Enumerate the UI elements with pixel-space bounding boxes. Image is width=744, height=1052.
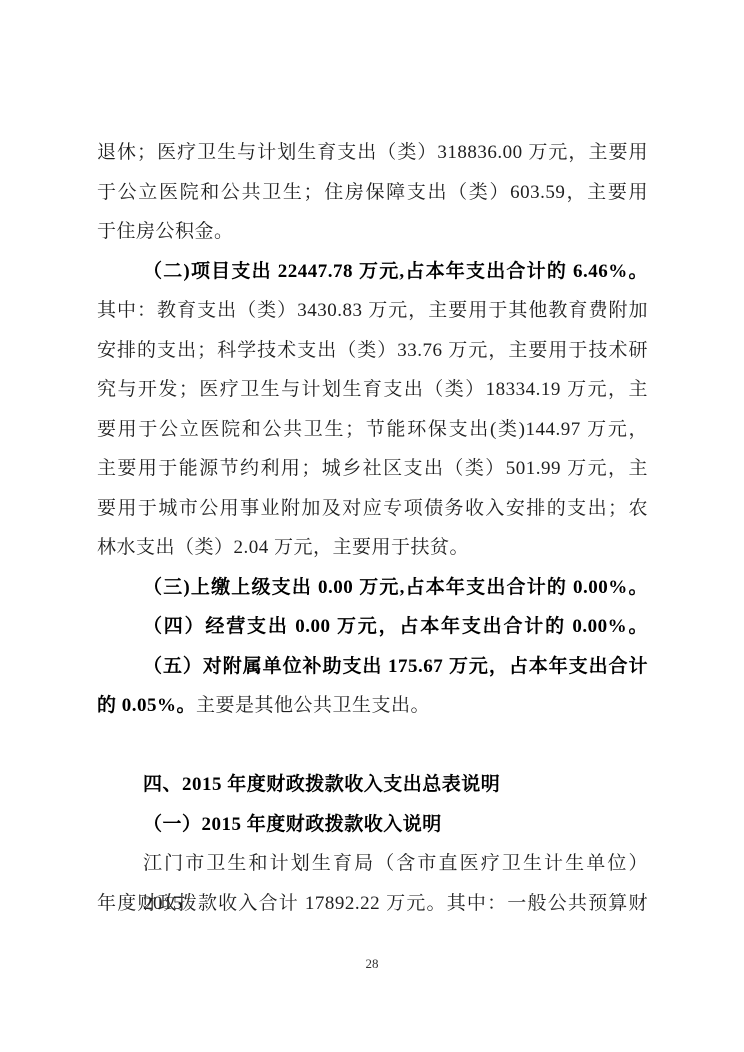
item-heading-line-4: （四）经营支出 0.00 万元，占本年支出合计的 0.00%。 [97, 607, 648, 647]
section-heading: 四、2015 年度财政拨款收入支出总表说明 [97, 765, 648, 805]
body-line: 退休；医疗卫生与计划生育支出（类）318836.00 万元，主要用 [97, 133, 648, 173]
body-line: 究与开发；医疗卫生与计划生育支出（类）18334.19 万元，主 [97, 370, 648, 410]
body-line: 于住房公积金。 [97, 212, 648, 252]
body-line: 要用于公立医院和公共卫生；节能环保支出(类)144.97 万元， [97, 410, 648, 450]
body-line: 要用于城市公用事业附加及对应专项债务收入安排的支出；农 [97, 489, 648, 529]
document-page: 退休；医疗卫生与计划生育支出（类）318836.00 万元，主要用 于公立医院和… [0, 0, 744, 1052]
subsection-heading: （一）2015 年度财政拨款收入说明 [97, 805, 648, 845]
body-line: 安排的支出；科学技术支出（类）33.76 万元，主要用于技术研 [97, 331, 648, 371]
body-line: 年度财政拨款收入合计 17892.22 万元。其中：一般公共预算财 [97, 884, 648, 924]
mixed-weight-line: 的 0.05%。主要是其他公共卫生支出。 [97, 686, 648, 726]
body-line: 其中：教育支出（类）3430.83 万元，主要用于其他教育费附加 [97, 291, 648, 331]
item-heading-line-2: （二)项目支出 22447.78 万元,占本年支出合计的 6.46%。 [97, 252, 648, 292]
item-heading-line-3: （三)上缴上级支出 0.00 万元,占本年支出合计的 0.00%。 [97, 568, 648, 608]
body-line: 江门市卫生和计划生育局（含市直医疗卫生计生单位）2015 [97, 844, 648, 884]
paragraph-gap [97, 726, 648, 766]
body-line: 主要用于能源节约利用；城乡社区支出（类）501.99 万元，主 [97, 449, 648, 489]
normal-segment: 主要是其他公共卫生支出。 [196, 695, 430, 716]
body-line: 于公立医院和公共卫生；住房保障支出（类）603.59，主要用 [97, 173, 648, 213]
document-body: 退休；医疗卫生与计划生育支出（类）318836.00 万元，主要用 于公立医院和… [97, 133, 648, 923]
bold-segment: 的 0.05%。 [97, 695, 196, 716]
item-heading-line-5: （五）对附属单位补助支出 175.67 万元，占本年支出合计 [97, 647, 648, 687]
body-line: 林水支出（类）2.04 万元，主要用于扶贫。 [97, 528, 648, 568]
page-number: 28 [0, 956, 744, 972]
